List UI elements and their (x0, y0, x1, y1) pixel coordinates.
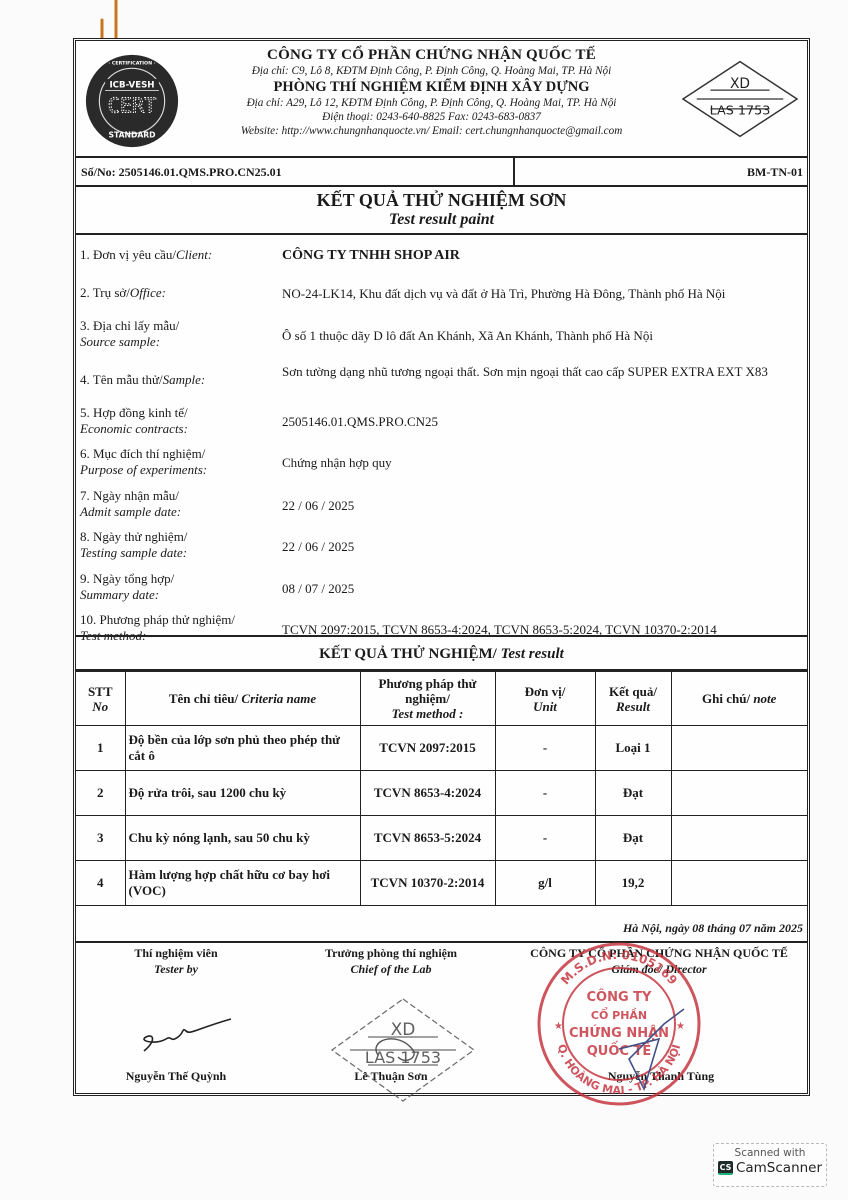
table-row: 3 Chu kỳ nóng lạnh, sau 50 chu kỳ TCVN 8… (76, 816, 807, 861)
website-email: Website: http://www.chungnhanquocte.vn/ … (186, 124, 677, 138)
contract-value: 2505146.01.QMS.PRO.CN25 (282, 413, 797, 430)
result-section-title: KẾT QUẢ THỬ NGHIỆM/ Test result (76, 637, 807, 671)
testing-date-value: 22 / 06 / 2025 (282, 538, 797, 555)
svg-text:ICB-VESH: ICB-VESH (109, 81, 154, 91)
svg-text:LAS 1753: LAS 1753 (710, 104, 771, 119)
signing-date: Hà Nội, ngày 08 tháng 07 năm 2025 (623, 921, 803, 936)
col-header-unit: Đơn vị/Unit (495, 672, 595, 726)
tester-name: Nguyễn Thế Quỳnh (76, 1069, 276, 1084)
svg-text:★: ★ (676, 1021, 685, 1032)
col-header-result: Kết quả/Result (595, 672, 671, 726)
svg-text:CỔ PHẦN: CỔ PHẦN (591, 1007, 647, 1022)
svg-text:★: ★ (554, 1021, 563, 1032)
client-value: CÔNG TY TNHH SHOP AIR (282, 247, 797, 264)
col-header-no: STTNo (76, 672, 125, 726)
xd-las-logo-icon: XD LAS 1753 (681, 59, 799, 139)
table-row: 2 Độ rửa trôi, sau 1200 chu kỳ TCVN 8653… (76, 771, 807, 816)
lab-address: Địa chỉ: A29, Lô 12, KĐTM Định Công, P. … (186, 96, 677, 110)
chief-title: Trưởng phòng thí nghiệmChief of the Lab (291, 945, 491, 977)
result-table: STTNo Tên chỉ tiêu/ Criteria name Phương… (76, 671, 807, 906)
col-header-note: Ghi chú/ note (671, 672, 807, 726)
xd-las-stamp-icon: XD LAS 1753 (328, 995, 478, 1105)
document-number: Số/No: 2505146.01.QMS.PRO.CN25.01 (81, 165, 282, 180)
col-header-criteria: Tên chỉ tiêu/ Criteria name (125, 672, 360, 726)
divider (513, 158, 515, 185)
table-row: 1 Độ bền của lớp sơn phủ theo phép thử c… (76, 726, 807, 771)
svg-text:CÔNG TY: CÔNG TY (587, 989, 653, 1005)
phone-fax: Điện thoại: 0243-640-8825 Fax: 0243-683-… (186, 110, 677, 124)
tester-signature-icon (136, 1011, 236, 1061)
lab-name: PHÒNG THÍ NGHIỆM KIỂM ĐỊNH XÂY DỰNG (186, 79, 677, 96)
company-name: CÔNG TY CỔ PHẦN CHỨNG NHẬN QUỐC TẾ (186, 47, 677, 64)
table-row: 4 Hàm lượng hợp chất hữu cơ bay hơi (VOC… (76, 861, 807, 906)
col-header-method: Phương pháp thử nghiệm/Test method : (360, 672, 495, 726)
tester-title: Thí nghiệm viênTester by (76, 945, 276, 977)
svg-text:XD: XD (730, 76, 750, 92)
sample-value: Sơn tường dạng nhũ tương ngoại thất. Sơn… (282, 363, 797, 380)
company-seal-icon: M.S.D.N: 0105169 Q. HOÀNG MAI - TP. HÀ N… (534, 939, 704, 1109)
document-header: ICB-VESH CERT STANDARD · CERTIFICATION ·… (76, 41, 807, 158)
form-code: BM-TN-01 (747, 165, 803, 180)
icb-vesh-cert-logo-icon: ICB-VESH CERT STANDARD · CERTIFICATION · (84, 53, 180, 149)
camscanner-watermark: Scanned with CS CamScanner (713, 1143, 827, 1187)
camscanner-logo-icon: CS (718, 1161, 733, 1175)
certificate-document: ICB-VESH CERT STANDARD · CERTIFICATION ·… (73, 38, 810, 1096)
svg-text:STANDARD: STANDARD (108, 130, 155, 139)
purpose-value: Chứng nhận hợp quy (282, 454, 797, 471)
title-vn: KẾT QUẢ THỬ NGHIỆM SƠN (76, 190, 807, 211)
title-en: Test result paint (76, 211, 807, 229)
svg-text:CERT: CERT (108, 94, 157, 118)
admit-date-value: 22 / 06 / 2025 (282, 497, 797, 514)
company-address: Địa chỉ: C9, Lô 8, KĐTM Định Công, P. Đị… (186, 64, 677, 78)
table-header-row: STTNo Tên chỉ tiêu/ Criteria name Phương… (76, 672, 807, 726)
summary-date-value: 08 / 07 / 2025 (282, 580, 797, 597)
document-number-bar: Số/No: 2505146.01.QMS.PRO.CN25.01 BM-TN-… (76, 158, 807, 187)
report-title: KẾT QUẢ THỬ NGHIỆM SƠN Test result paint (76, 187, 807, 235)
svg-text:XD: XD (391, 1020, 416, 1040)
office-value: NO-24-LK14, Khu đất dịch vụ và đất ở Hà … (282, 285, 797, 302)
header-text: CÔNG TY CỔ PHẦN CHỨNG NHẬN QUỐC TẾ Địa c… (186, 47, 677, 138)
svg-text:· CERTIFICATION ·: · CERTIFICATION · (108, 61, 155, 67)
source-value: Ô số 1 thuộc dãy D lô đất An Khánh, Xã A… (282, 327, 797, 344)
